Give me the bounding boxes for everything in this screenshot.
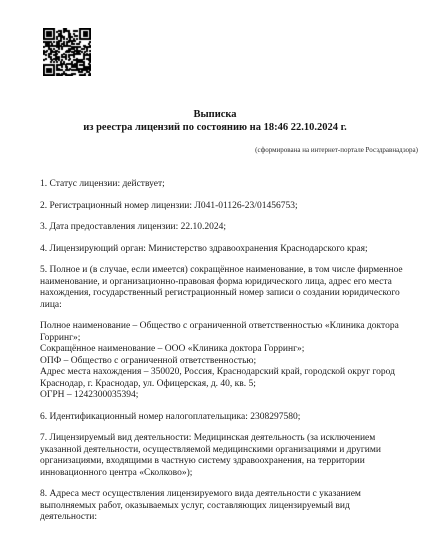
paragraph-status: 1. Статус лицензии: действует; xyxy=(40,179,406,191)
paragraph-activity-type: 7. Лицензируемый вид деятельности: Медиц… xyxy=(40,433,406,479)
paragraph-inn: 6. Идентификационный номер налогоплатель… xyxy=(40,412,406,424)
paragraph-reg-number: 2. Регистрационный номер лицензии: Л041-… xyxy=(40,201,406,213)
document-title: Выписка из реестра лицензий по состоянию… xyxy=(0,108,430,134)
paragraph-grant-date: 3. Дата предоставления лицензии: 22.10.2… xyxy=(40,222,406,234)
paragraph-activity-addresses: 8. Адреса мест осуществления лицензируем… xyxy=(40,489,406,524)
org-short-name-line: Сокращённое наименование – ООО «Клиника … xyxy=(40,344,406,356)
org-legal-form-line: ОПФ – Общество с ограниченной ответствен… xyxy=(40,356,406,368)
paragraph-licensing-authority: 4. Лицензирующий орган: Министерство здр… xyxy=(40,244,406,256)
license-extract-page: Выписка из реестра лицензий по состоянию… xyxy=(0,0,430,543)
formation-note: (сформирована на интернет-портале Росздр… xyxy=(255,146,418,154)
org-full-name-line: Полное наименование – Общество с огранич… xyxy=(40,321,406,344)
paragraph-org-names-intro: 5. Полное и (в случае, если имеется) сок… xyxy=(40,265,406,311)
document-body: 1. Статус лицензии: действует; 2. Регист… xyxy=(40,179,406,534)
title-line-2: из реестра лицензий по состоянию на 18:4… xyxy=(0,121,430,134)
org-ogrn-line: ОГРН – 1242300035394; xyxy=(40,390,406,402)
paragraph-org-details: Полное наименование – Общество с огранич… xyxy=(40,321,406,402)
title-line-1: Выписка xyxy=(0,108,430,121)
qr-code xyxy=(43,28,91,76)
org-address-line: Адрес места нахождения – 350020, Россия,… xyxy=(40,367,406,390)
